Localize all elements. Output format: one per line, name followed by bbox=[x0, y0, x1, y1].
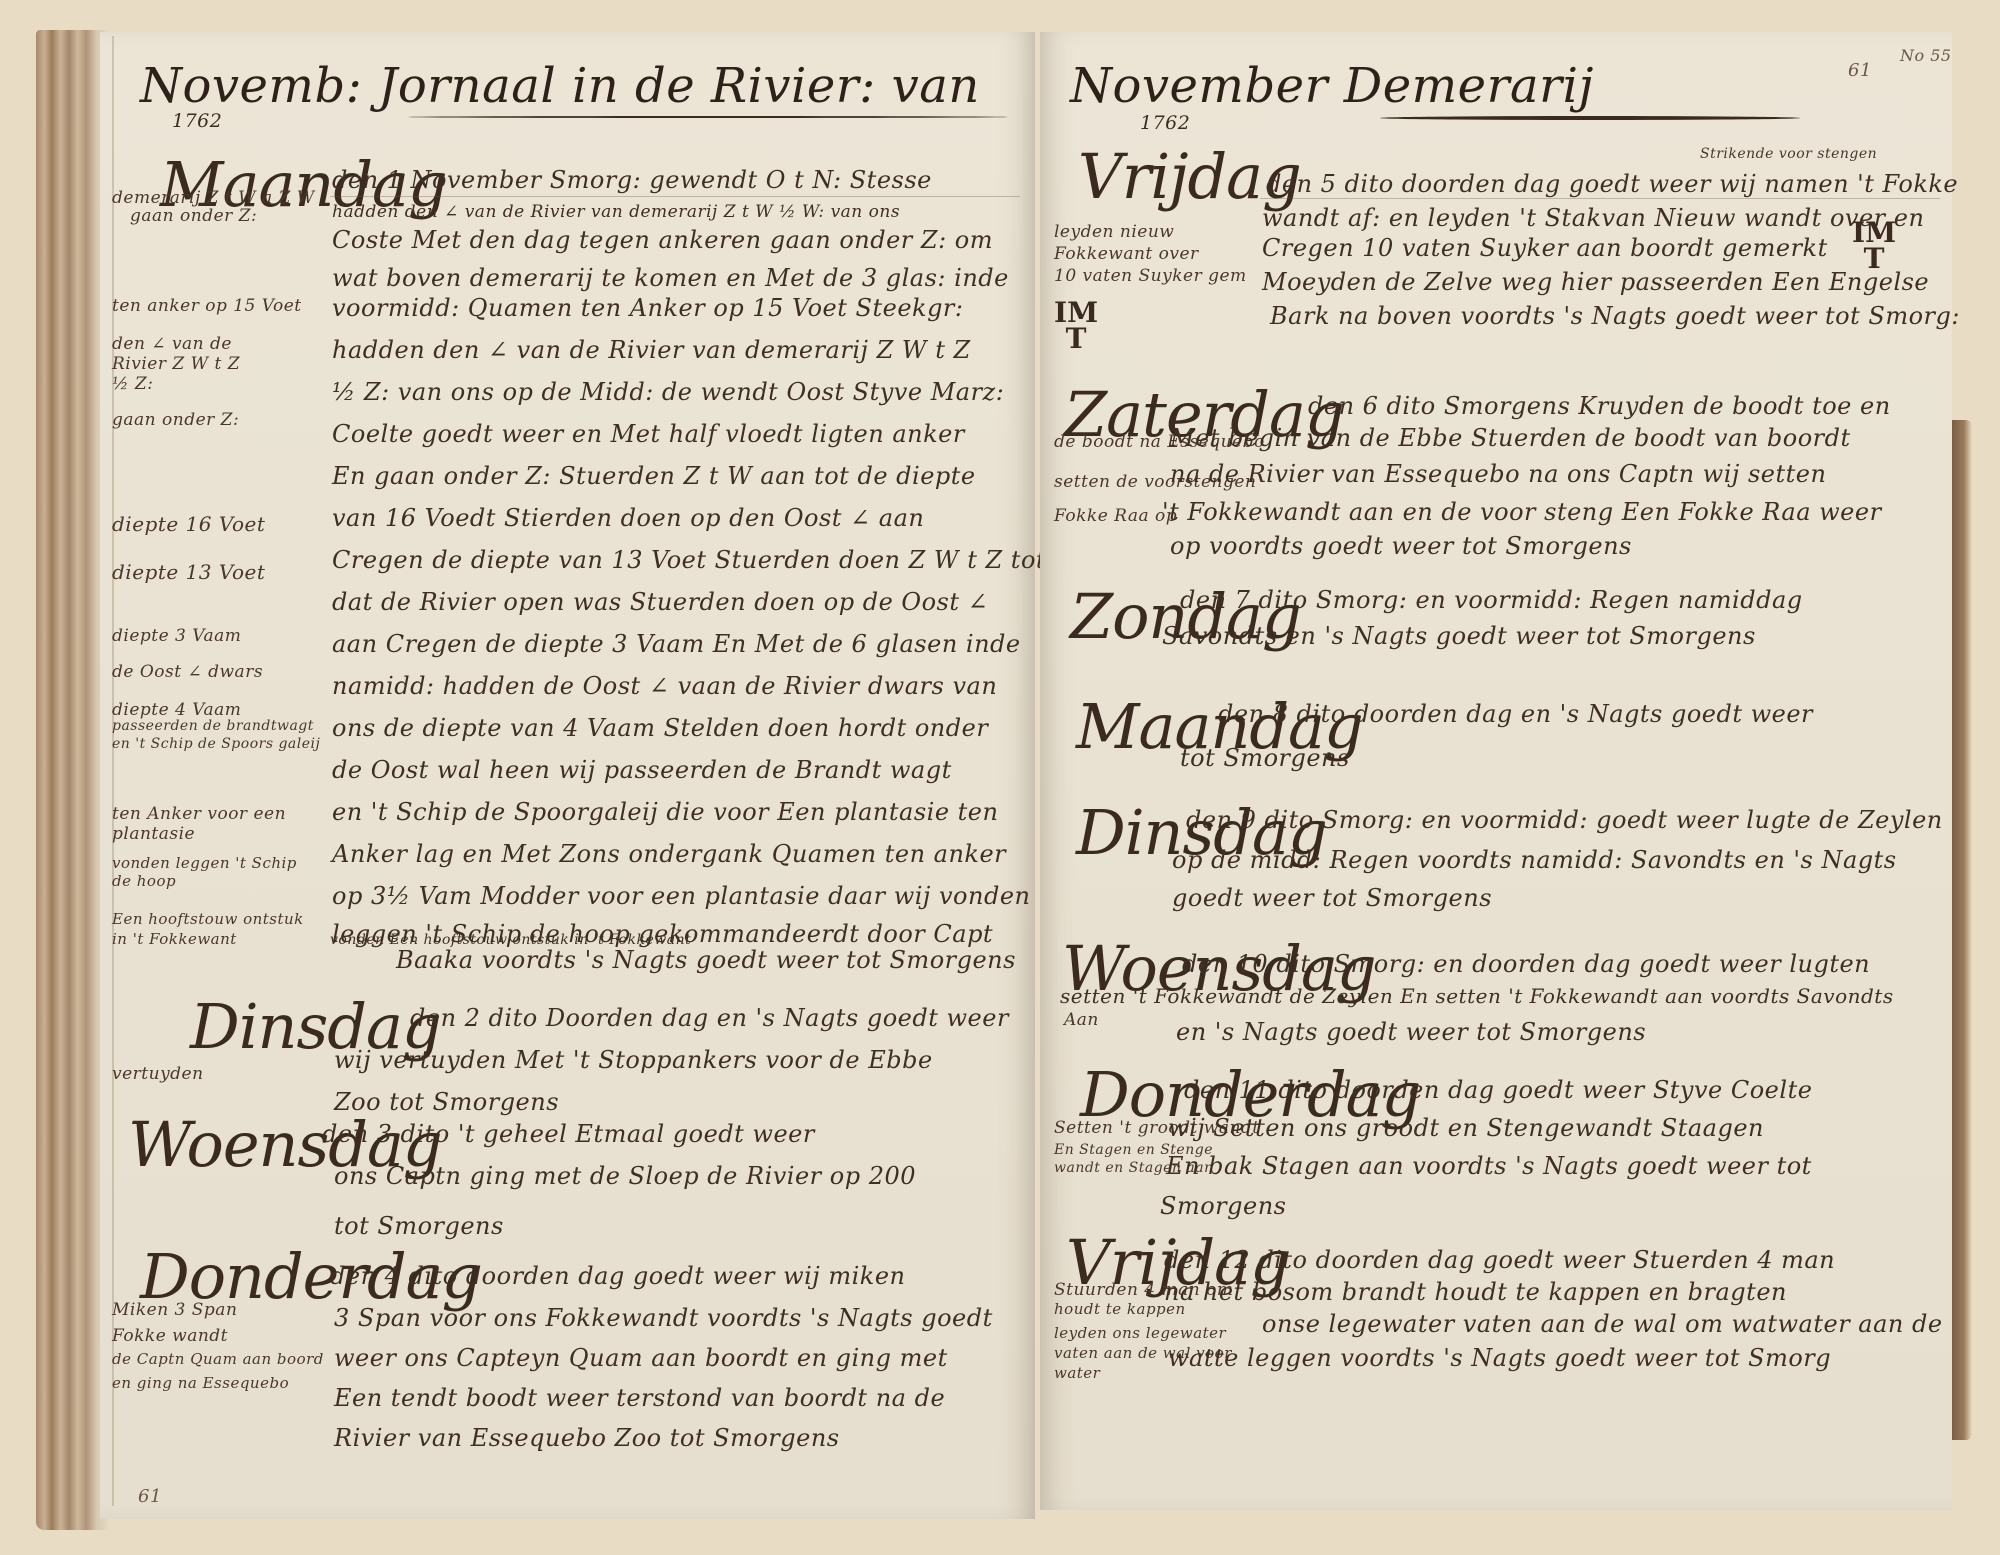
margin-note: en 't Schip de Spoors galeij bbox=[112, 736, 320, 752]
journal-line: den 12 dito doorden dag goedt weer Stuer… bbox=[1164, 1246, 1835, 1274]
journal-line: op 3½ Vam Modder voor een plantasie daar… bbox=[332, 882, 1030, 910]
page-edges-stack bbox=[36, 30, 108, 1530]
left-year: 1762 bbox=[172, 110, 222, 132]
journal-line: den 4 dito doorden dag goedt weer wij mi… bbox=[330, 1262, 906, 1290]
journal-line: En bak Stagen aan voordts 's Nagts goedt… bbox=[1166, 1152, 1812, 1180]
journal-line: 't Fokkewandt aan en de voor steng Een F… bbox=[1162, 498, 1882, 526]
margin-note: gaan onder Z: bbox=[130, 206, 257, 226]
margin-note: gaan onder Z: bbox=[112, 410, 239, 430]
margin-note: leyden nieuw bbox=[1054, 222, 1174, 242]
journal-line: en 's Nagts goedt weer tot Smorgens bbox=[1176, 1018, 1646, 1046]
journal-line: ons Captn ging met de Sloep de Rivier op… bbox=[334, 1162, 916, 1190]
journal-line: hadden den ∠ van de Rivier van demerarij… bbox=[332, 336, 971, 364]
margin-note: den ∠ van de Rivier Z W t Z ½ Z: bbox=[112, 334, 252, 394]
margin-note: Aan bbox=[1064, 1010, 1099, 1030]
journal-line: Een tendt boodt weer terstond van boordt… bbox=[334, 1384, 945, 1412]
margin-merchant-mark: IM T bbox=[1054, 300, 1098, 352]
interlinear-note: Strikende voor stengen bbox=[1700, 146, 1877, 162]
margin-note: leyden ons legewater bbox=[1054, 1324, 1226, 1342]
journal-line: Anker lag en Met Zons ondergank Quamen t… bbox=[332, 840, 1006, 868]
journal-line: den 7 dito Smorg: en voormidd: Regen nam… bbox=[1180, 586, 1803, 614]
journal-line: Met begin van de Ebbe Stuerden de boodt … bbox=[1170, 424, 1851, 452]
journal-line: de Oost wal heen wij passeerden de Brand… bbox=[332, 756, 952, 784]
margin-note: Fokkewant over bbox=[1054, 244, 1199, 264]
journal-line: Savondts en 's Nagts goedt weer tot Smor… bbox=[1162, 622, 1756, 650]
journal-line: den 1 November Smorg: gewendt O t N: Ste… bbox=[332, 166, 932, 194]
folio-number: 61 bbox=[1848, 60, 1872, 81]
number-label: No 55 bbox=[1900, 46, 1952, 65]
margin-note: demerarij Z t W a Z W bbox=[112, 188, 315, 208]
journal-line: dat de Rivier open was Stuerden doen op … bbox=[332, 588, 988, 616]
journal-line: 3 Span voor ons Fokkewandt voordts 's Na… bbox=[334, 1304, 993, 1332]
page-number: 61 bbox=[138, 1486, 162, 1507]
margin-note: 10 vaten Suyker gem bbox=[1054, 266, 1247, 286]
journal-line: op de midd: Regen voordts namidd: Savond… bbox=[1172, 846, 1897, 874]
margin-note: Fokke Raa op bbox=[1054, 506, 1177, 526]
right-year: 1762 bbox=[1140, 112, 1190, 134]
margin-note: de Captn Quam aan boord bbox=[112, 1350, 324, 1368]
left-page-heading: Novemb: Jornaal in de Rivier: van bbox=[140, 58, 980, 114]
journal-line: goedt weer tot Smorgens bbox=[1172, 884, 1492, 912]
right-page-edge bbox=[1952, 420, 1972, 1440]
journal-line: den 3 dito 't geheel Etmaal goedt weer bbox=[322, 1120, 815, 1148]
journal-line: van 16 Voedt Stierden doen op den Oost ∠… bbox=[332, 504, 924, 532]
margin-note: Fokke wandt bbox=[112, 1326, 228, 1346]
journal-line: tot Smorgens bbox=[1180, 744, 1350, 772]
journal-line: den 6 dito Smorgens Kruyden de boodt toe… bbox=[1308, 392, 1891, 420]
left-page-margin-line bbox=[112, 36, 114, 1506]
margin-note: passeerden de brandtwagt bbox=[112, 718, 314, 734]
margin-note: diepte 4 Vaam bbox=[112, 700, 241, 720]
journal-line: den 11 dito doorden dag goedt weer Styve… bbox=[1184, 1076, 1812, 1104]
journal-line: den 5 dito doorden dag goedt weer wij na… bbox=[1266, 170, 1958, 198]
journal-line: ½ Z: van ons op de Midd: de wendt Oost S… bbox=[332, 378, 1004, 406]
journal-line: wij vertuyden Met 't Stoppankers voor de… bbox=[334, 1046, 933, 1074]
journal-line: Bark na boven voordts 's Nagts goedt wee… bbox=[1270, 302, 1960, 330]
margin-note: diepte 16 Voet bbox=[112, 512, 265, 536]
margin-note: vertuyden bbox=[112, 1064, 204, 1084]
journal-line: En gaan onder Z: Stuerden Z t W aan tot … bbox=[332, 462, 976, 490]
margin-note: water bbox=[1054, 1364, 1100, 1382]
right-page-heading: November Demerarij bbox=[1070, 58, 1594, 114]
margin-note: houdt te kappen bbox=[1054, 1300, 1186, 1318]
journal-line: den 9 dito Smorg: en voormidd: goedt wee… bbox=[1186, 806, 1943, 834]
journal-line: den 2 dito Doorden dag en 's Nagts goedt… bbox=[410, 1004, 1009, 1032]
margin-note: Miken 3 Span bbox=[112, 1300, 237, 1320]
journal-line: watte leggen voordts 's Nagts goedt weer… bbox=[1168, 1344, 1831, 1372]
merchant-mark: IM T bbox=[1852, 220, 1896, 272]
journal-line: tot Smorgens bbox=[334, 1212, 504, 1240]
margin-note: vonden leggen 't Schip de hoop bbox=[112, 854, 312, 890]
margin-note: Een hooftstouw ontstuk bbox=[112, 910, 304, 928]
journal-line: Coelte goedt weer en Met half vloedt lig… bbox=[332, 420, 965, 448]
journal-line: en 't Schip de Spoorgaleij die voor Een … bbox=[332, 798, 998, 826]
merchant-mark-bottom: T bbox=[1054, 326, 1098, 352]
journal-line: Cregen de diepte van 13 Voet Stuerden do… bbox=[332, 546, 1046, 574]
journal-line: wandt af: en leyden 't Stakvan Nieuw wan… bbox=[1262, 204, 1924, 232]
journal-line: Baaka voordts 's Nagts goedt weer tot Sm… bbox=[396, 946, 1016, 974]
journal-line: na de Rivier van Essequebo na ons Captn … bbox=[1170, 460, 1826, 488]
journal-line: onse legewater vaten aan de wal om watwa… bbox=[1262, 1310, 1943, 1338]
margin-note: de Oost ∠ dwars bbox=[112, 662, 263, 682]
journal-line: Rivier van Essequebo Zoo tot Smorgens bbox=[334, 1424, 840, 1452]
journal-line: op voordts goedt weer tot Smorgens bbox=[1170, 532, 1632, 560]
journal-line: Smorgens bbox=[1160, 1192, 1286, 1220]
heading-underline bbox=[408, 116, 1008, 118]
journal-line: na het bosom brandt houdt te kappen en b… bbox=[1164, 1278, 1787, 1306]
journal-line: ons de diepte van 4 Vaam Stelden doen ho… bbox=[332, 714, 988, 742]
journal-line: wij Setten ons groodt en Stengewandt Sta… bbox=[1168, 1114, 1764, 1142]
journal-line: Moeyden de Zelve weg hier passeerden Een… bbox=[1262, 268, 1929, 296]
open-manuscript-book: Novemb: Jornaal in de Rivier: van 1762 M… bbox=[0, 0, 2000, 1555]
journal-line: aan Cregen de diepte 3 Vaam En Met de 6 … bbox=[332, 630, 1021, 658]
journal-line: Cregen 10 vaten Suyker aan boordt gemerk… bbox=[1262, 234, 1828, 262]
journal-line: setten 't Fokkewandt de Zeylen En setten… bbox=[1060, 984, 1894, 1008]
journal-line: Coste Met den dag tegen ankeren gaan ond… bbox=[332, 226, 993, 254]
journal-line: den 8 dito doorden dag en 's Nagts goedt… bbox=[1218, 700, 1813, 728]
ruled-line bbox=[330, 196, 1020, 197]
margin-note: diepte 3 Vaam bbox=[112, 626, 241, 646]
journal-line: voormidd: Quamen ten Anker op 15 Voet St… bbox=[332, 294, 963, 322]
margin-note: ten anker op 15 Voet bbox=[112, 296, 302, 316]
margin-note: en ging na Essequebo bbox=[112, 1374, 289, 1392]
journal-line: den 10 dito Smorg: en doorden dag goedt … bbox=[1182, 950, 1870, 978]
ruled-line bbox=[1260, 198, 1940, 199]
margin-note: ten Anker voor een plantasie bbox=[112, 804, 322, 844]
margin-note: in 't Fokkewant bbox=[112, 930, 237, 948]
heading-underline bbox=[1380, 116, 1800, 120]
journal-line: wat boven demerarij te komen en Met de 3… bbox=[332, 264, 1009, 292]
margin-note: diepte 13 Voet bbox=[112, 560, 265, 584]
journal-line: hadden den ∠ van de Rivier van demerarij… bbox=[332, 202, 900, 222]
journal-line: namidd: hadden de Oost ∠ vaan de Rivier … bbox=[332, 672, 997, 700]
journal-line: weer ons Capteyn Quam aan boordt en ging… bbox=[334, 1344, 948, 1372]
